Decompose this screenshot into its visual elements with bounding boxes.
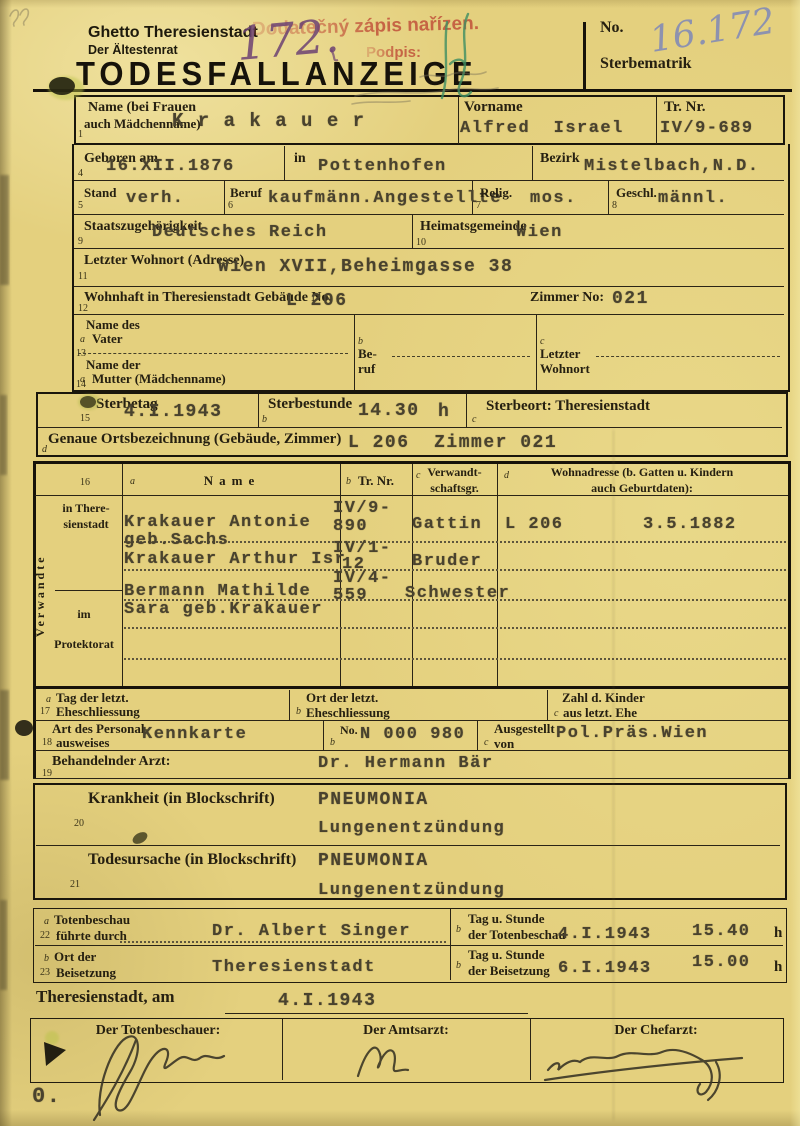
- chefarzt-signature: [545, 1050, 742, 1100]
- handwritten-sterbematrik-number: 16.172: [647, 1, 778, 61]
- handwriting-overlay: 172. 16.172: [0, 0, 800, 1126]
- green-pen-signature: [442, 14, 471, 98]
- stains: [0, 76, 615, 1120]
- amtsarzt-signature: [358, 1048, 408, 1076]
- death-certificate-document: Ghetto Theresienstadt Der Ältestenrat TO…: [0, 0, 800, 1126]
- totenbeschauer-signature: [94, 1036, 224, 1120]
- handwritten-registry-number: 172.: [234, 8, 341, 71]
